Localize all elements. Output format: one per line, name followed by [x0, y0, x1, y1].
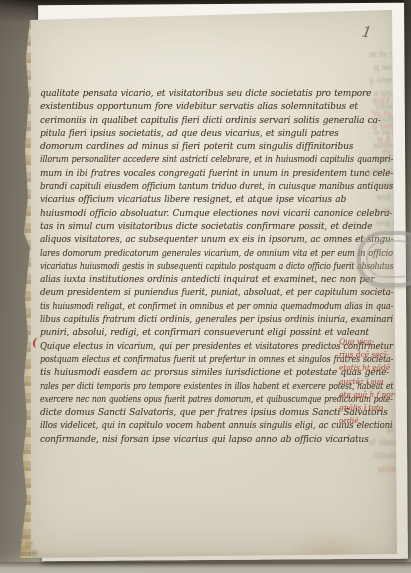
- manuscript-line: illos videlicet, qui in capitulo vocem h…: [40, 420, 375, 433]
- manuscript-line: illorum personaliter accedere sint astri…: [40, 154, 358, 167]
- manuscript-photo: suec et mordine pdecreto qvicario set qu…: [0, 0, 411, 573]
- manuscript-line: aliquos visitatores, ac subsequenter unu…: [40, 234, 386, 247]
- manuscript-line: vicariatus huiusmodi gestis in subsequen…: [40, 261, 341, 274]
- manuscript-line: postquam electus et confirmatus fuerit u…: [40, 354, 354, 367]
- showthrough-line: notitia: [346, 463, 404, 476]
- backdrop-bottom-strip: [0, 562, 411, 573]
- manuscript-line: deum presidentem si puniendus fuerit, pu…: [40, 287, 380, 300]
- manuscript-line: lares domorum predicatorum generales vic…: [40, 248, 359, 261]
- plastic-clip: [357, 231, 411, 287]
- manuscript-line: alias iuxta institutiones ordinis antedi…: [40, 274, 393, 287]
- manuscript-line: exercere nec non quotiens opus fuerit pa…: [40, 394, 340, 407]
- manuscript-line: existentibus opportunum fore videbitur s…: [40, 101, 393, 114]
- manuscript-line: qualitate pensata vicario, et visitatori…: [40, 88, 393, 101]
- manuscript-line: pitula fieri ipsius societatis, ad que d…: [40, 128, 393, 141]
- manuscript-line: tis huiusmodi religat, et confirmet in o…: [40, 301, 354, 314]
- manuscript-line: brandi capituli eiusdem officium tantum …: [40, 181, 370, 194]
- manuscript-line: confirmande, nisi forsan ipse vicarius q…: [40, 434, 393, 447]
- folio-number: 1: [361, 22, 373, 41]
- rubric-pilcrow-mark: (: [32, 336, 37, 349]
- manuscript-line: cerimoniis in qualibet capitulis fieri d…: [40, 115, 393, 128]
- plastic-clip-inner-loop: [366, 240, 411, 278]
- manuscript-line: vicarius officium vicariatus libere resi…: [40, 194, 393, 207]
- manuscript-line: Quique electus in vicarium, qui per pres…: [40, 341, 371, 354]
- manuscript-leaf: suec et mordine pdecreto qvicario set qu…: [18, 8, 399, 560]
- showthrough-line: mutatio: [343, 449, 405, 462]
- manuscript-line: libus capitulis fratrum dicti ordinis, g…: [40, 314, 378, 327]
- manuscript-line: huiusmodi officio absoluatur. Cumque ele…: [40, 208, 393, 221]
- manuscript-line: domorum cardines ad minus si fieri poter…: [40, 141, 393, 154]
- manuscript-line: tas in simul cum visitatoribus dicte soc…: [40, 221, 393, 234]
- manuscript-line: rales per dicti temporis pro tempore exi…: [40, 381, 342, 394]
- manuscript-line: mum in ibi fratres vocales congregati fu…: [40, 168, 386, 181]
- showthrough-red-bottom: notitia: [346, 463, 404, 476]
